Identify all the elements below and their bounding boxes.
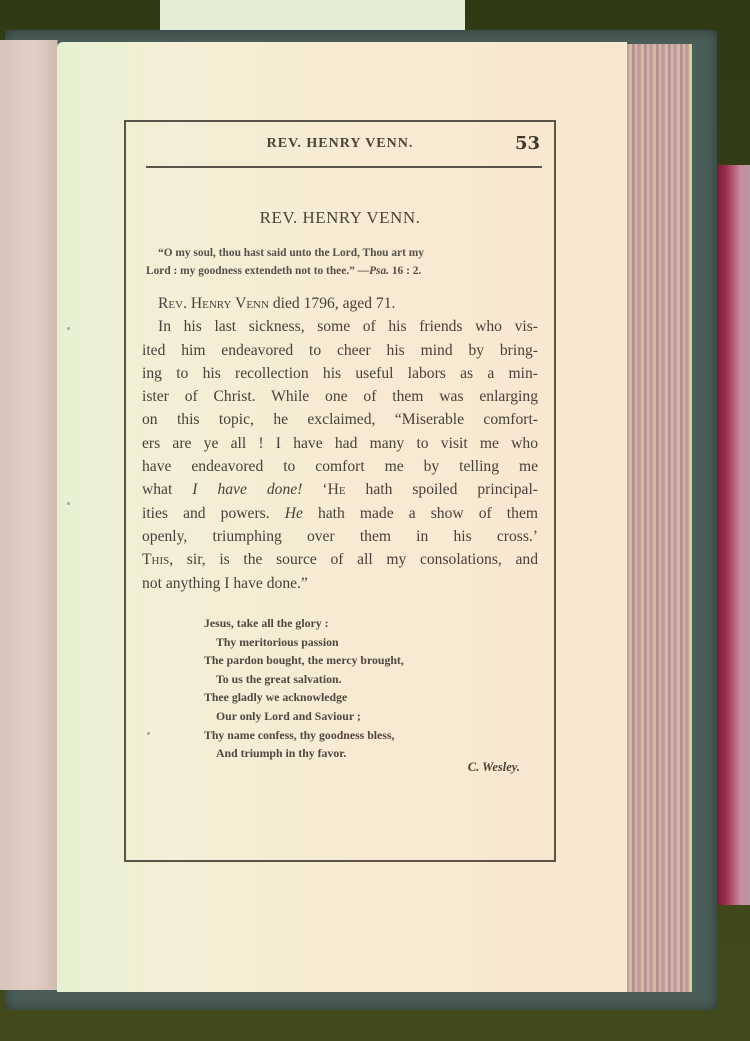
page-number: 53 — [515, 133, 540, 154]
header-rule — [146, 166, 542, 168]
body-line: ing to his recollection his useful labor… — [142, 362, 538, 385]
running-head: REV. HENRY VENN. 53 — [126, 122, 554, 170]
small-caps-word: This — [142, 551, 169, 568]
poem-attribution: C. Wesley. — [468, 760, 520, 775]
body-line: ers are ye all ! I have had many to visi… — [142, 432, 538, 455]
body-text-span: , sir, is the source of all my consolati… — [169, 551, 538, 568]
body-line: ited him endeavored to cheer his mind by… — [142, 339, 538, 362]
body-text-span: what — [142, 481, 192, 498]
scripture-reference-book: Psa. — [369, 265, 389, 277]
paper-speck — [67, 327, 70, 330]
body-text: Rev. Henry Venn died 1796, aged 71. In h… — [142, 292, 538, 595]
body-text-span: ities and powers. — [142, 505, 285, 522]
body-line: openly, triumphing over them in his cros… — [142, 525, 538, 548]
poem-line: And triumph in thy favor. — [204, 744, 404, 763]
body-line: In his last sickness, some of his friend… — [142, 315, 538, 338]
scripture-reference-verse: 16 : 2. — [389, 265, 421, 277]
body-line: have endeavored to comfort me by telling… — [142, 455, 538, 478]
epigraph-line: Lord : my goodness extendeth not to thee… — [146, 265, 421, 277]
body-line: on this topic, he exclaimed, “Miserable … — [142, 408, 538, 431]
poem-line: Our only Lord and Saviour ; — [204, 707, 404, 726]
emphasis: He — [285, 505, 303, 522]
epigraph-text: Lord : my goodness extendeth not to thee… — [146, 265, 369, 277]
emphasis: I have done! — [192, 481, 302, 498]
paper-speck — [67, 502, 70, 505]
body-text-span: hath made a show of them — [303, 505, 538, 522]
body-text-span: died 1796, aged 71. — [269, 295, 395, 312]
epigraph: “O my soul, thou hast said unto the Lord… — [146, 244, 538, 280]
poem-line: Thy meritorious passion — [204, 633, 404, 652]
body-text-span: hath spoiled principal- — [346, 481, 538, 498]
small-caps-word: He — [328, 481, 346, 498]
body-line: ister of Christ. While one of them was e… — [142, 385, 538, 408]
body-line: not anything I have done.” — [142, 572, 538, 595]
body-line: Rev. Henry Venn died 1796, aged 71. — [142, 292, 538, 315]
body-line: what I have done! ‘He hath spoiled princ… — [142, 478, 538, 501]
body-line: This, sir, is the source of all my conso… — [142, 548, 538, 571]
body-line: ities and powers. He hath made a show of… — [142, 502, 538, 525]
poem-line: Jesus, take all the glory : — [204, 614, 404, 633]
poem-line: To us the great salvation. — [204, 670, 404, 689]
body-text-span: ‘ — [302, 481, 327, 498]
poem-line: Thy name confess, thy goodness bless, — [204, 726, 404, 745]
running-title: REV. HENRY VENN. — [126, 136, 554, 152]
page-stack-edges — [626, 44, 692, 992]
poem-line: The pardon bought, the mercy brought, — [204, 651, 404, 670]
poem-line: Thee gladly we acknowledge — [204, 688, 404, 707]
hymn-verse: Jesus, take all the glory : Thy meritori… — [204, 614, 404, 763]
text-frame: REV. HENRY VENN. 53 REV. HENRY VENN. “O … — [124, 120, 556, 862]
left-page-edge — [0, 40, 58, 990]
subject-name: Rev. Henry Venn — [158, 295, 269, 312]
epigraph-line: “O my soul, thou hast said unto the Lord… — [146, 244, 538, 262]
chapter-title: REV. HENRY VENN. — [126, 208, 554, 228]
background-fabric — [712, 165, 750, 905]
